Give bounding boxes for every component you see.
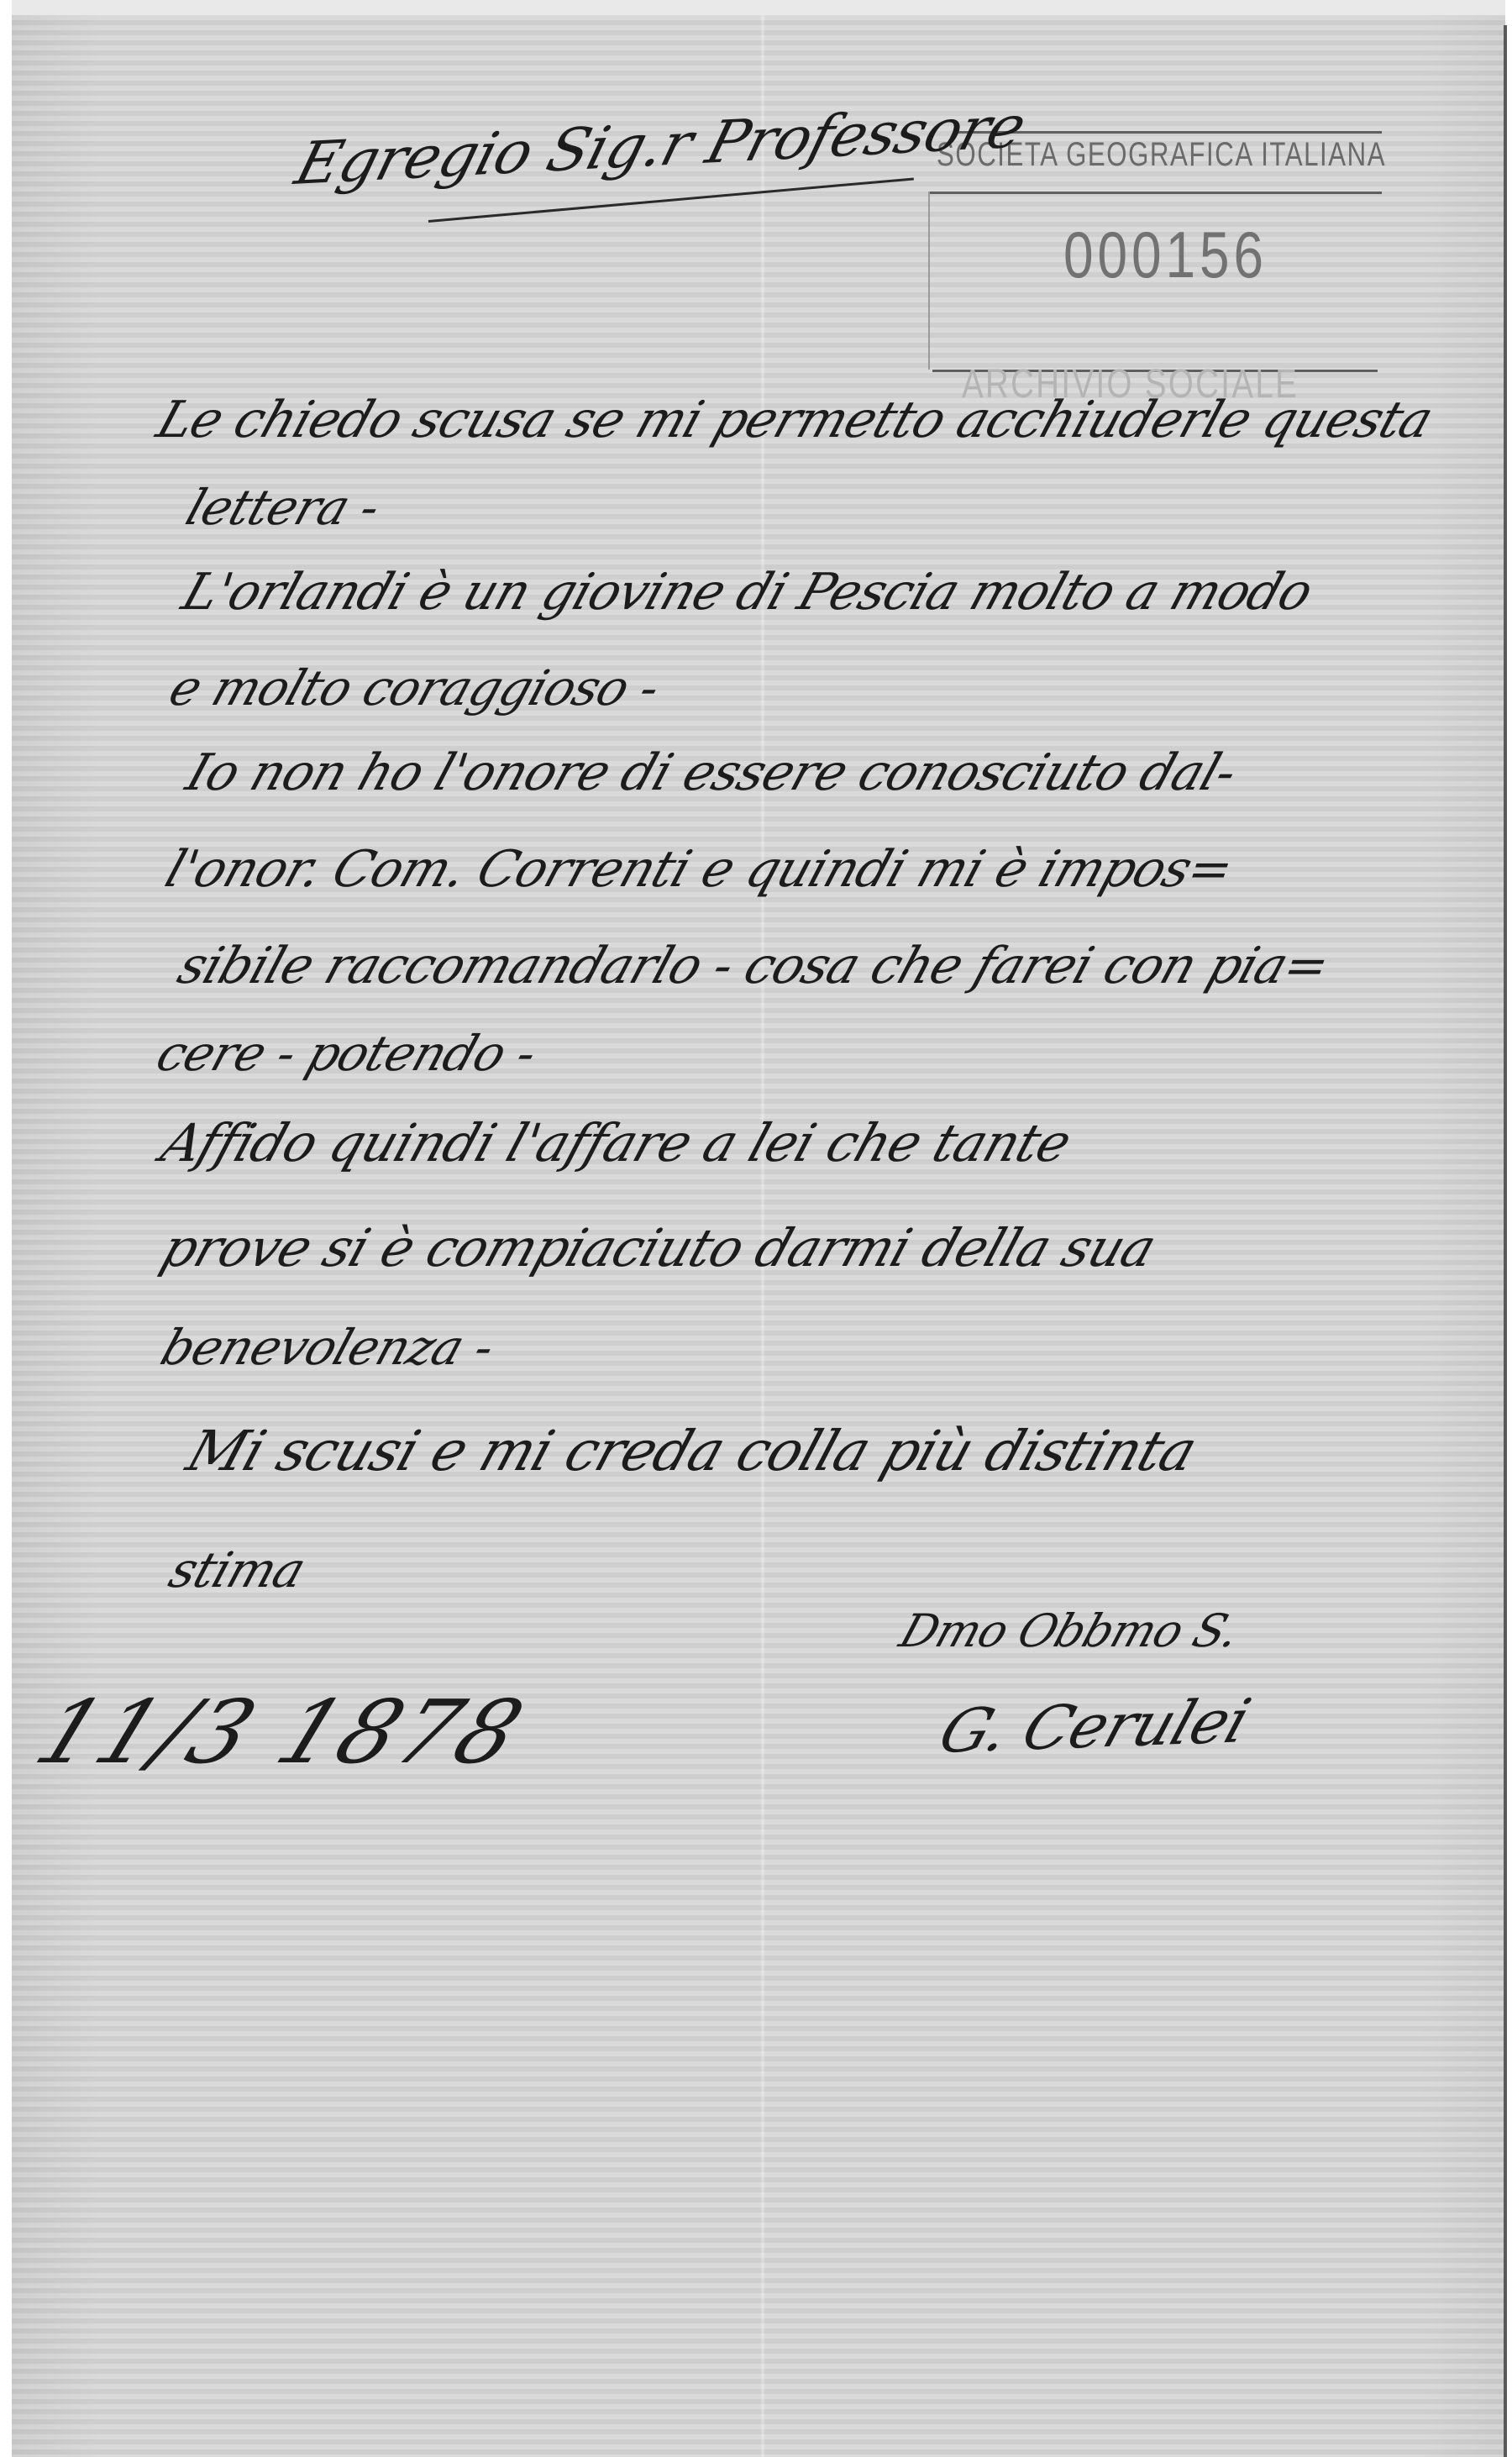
body-line-9: Affido quindi l'affare a lei che tante bbox=[155, 1117, 1077, 1169]
body-line-3: L'orlandi è un giovine di Pescia molto a… bbox=[176, 567, 1318, 617]
body-line-6: l'onor. Com. Correnti e quindi mi è impo… bbox=[160, 844, 1239, 895]
stamp-header-rule bbox=[928, 192, 1382, 194]
body-line-10: prove si è compiaciuto darmi della sua bbox=[155, 1222, 1162, 1274]
closing-formula: Dmo Obbmo S. bbox=[895, 1609, 1244, 1654]
body-line-4: e molto coraggioso - bbox=[164, 664, 665, 712]
body-line-8: cere - potendo - bbox=[151, 1029, 542, 1078]
body-line-11: benevolenza - bbox=[155, 1323, 500, 1372]
scan-top-margin bbox=[12, 0, 1505, 17]
body-line-1: Le chiedo scusa se mi permetto acchiuder… bbox=[151, 395, 1438, 445]
body-line-7: sibile raccomandarlo - cosa che farei co… bbox=[172, 941, 1335, 991]
letter-date: 11/3 1878 bbox=[25, 1688, 537, 1776]
body-line-2: lettera - bbox=[181, 483, 386, 532]
body-line-13: stima bbox=[164, 1546, 311, 1594]
stamp-left-border bbox=[928, 192, 930, 370]
body-line-5: Io non ho l'onore di essere conosciuto d… bbox=[181, 748, 1242, 798]
signature: G. Cerulei bbox=[932, 1691, 1257, 1761]
body-line-12: Mi scusi e mi creda colla più distinta bbox=[181, 1424, 1203, 1479]
paper-right-edge bbox=[1504, 25, 1507, 2457]
stamp-archive-number: 000156 bbox=[971, 217, 1360, 293]
